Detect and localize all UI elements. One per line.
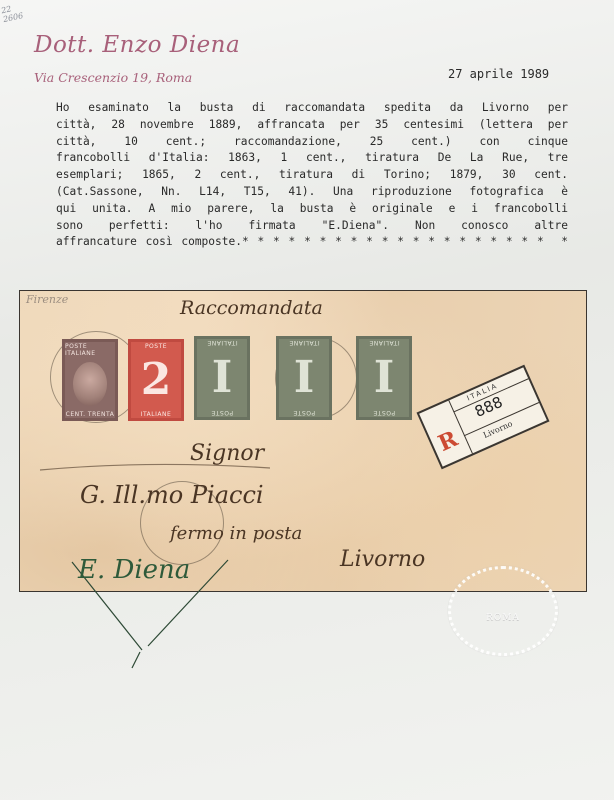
expert-signature: E. Diena (78, 555, 190, 585)
certificate-line: francobolli d'Italia: 1863, 1 cent., tir… (56, 150, 568, 167)
certificate-text: Ho esaminato la busta di raccomandata sp… (56, 100, 568, 251)
registration-city: Livorno (482, 419, 514, 440)
embossed-seal: ROMA (448, 566, 558, 656)
stamp-numeral: I (212, 356, 233, 400)
certificate-page: 22 2606 Dott. Enzo Diena Via Crescenzio … (0, 0, 614, 800)
certificate-line: Ho esaminato la busta di raccomandata sp… (56, 100, 568, 117)
stamp-label: ITALIANE (141, 410, 172, 418)
king-portrait-icon (73, 362, 107, 406)
letterhead-name: Dott. Enzo Diena (34, 32, 240, 58)
stamp-1-cent: ITALIANE I POSTE (276, 336, 332, 420)
certificate-line: città, 28 novembre 1889, affrancata per … (56, 117, 568, 134)
stamp-label: POSTE (293, 409, 315, 417)
stamp-label: ITALIANE (369, 339, 400, 347)
certificate-line: (Cat.Sassone, Nn. L14, T15, 41). Una rip… (56, 184, 568, 201)
stamp-numeral: I (294, 356, 315, 400)
envelope-photo: Firenze Raccomandata POSTE ITALIANE CENT… (19, 290, 587, 592)
stamp-label: POSTE (373, 409, 395, 417)
stamp-numeral: I (374, 356, 395, 400)
stamp-2-cent: POSTE 2 ITALIANE (128, 339, 184, 421)
certificate-line: qui unita. A mio parere, la busta è orig… (56, 201, 568, 218)
registration-label: R ITALIA 888 Livorno (416, 365, 549, 470)
stamp-numeral: 2 (141, 358, 172, 402)
certificate-line: sono perfetti: l'ho firmata "E.Diena". N… (56, 218, 568, 235)
stamp-1-cent: ITALIANE I POSTE (356, 336, 412, 420)
raccomandata-note: Raccomandata (180, 297, 323, 319)
stamp-label: CENT. TRENTA (66, 410, 115, 418)
address-line: fermo in posta (170, 523, 302, 544)
certificate-date: 27 aprile 1989 (448, 67, 549, 81)
address-line: Signor (190, 441, 264, 466)
stamp-label: ITALIANE (289, 339, 320, 347)
address-line: G. Ill.mo Piacci (80, 481, 264, 509)
stamp-30-cent: POSTE ITALIANE CENT. TRENTA (62, 339, 118, 421)
registration-letter: R (434, 426, 461, 457)
address-line: Livorno (340, 547, 425, 572)
stamp-label: POSTE (145, 342, 167, 350)
letterhead-address: Via Crescenzio 19, Roma (34, 70, 192, 85)
certificate-line: affrancature così composte.* * * * * * *… (56, 234, 568, 251)
certificate-line: esemplari; 1865, 2 cent., tiratura di To… (56, 167, 568, 184)
seal-text: ROMA (451, 613, 555, 623)
corner-note: Firenze (26, 293, 68, 306)
certificate-line: città, 10 cent.; raccomandazione, 25 cen… (56, 134, 568, 151)
stamp-label: POSTE ITALIANE (65, 342, 115, 357)
stamp-label: ITALIANE (207, 339, 238, 347)
stamp-1-cent: ITALIANE I POSTE (194, 336, 250, 420)
archive-note: 22 2606 (0, 2, 25, 24)
stamp-label: POSTE (211, 409, 233, 417)
